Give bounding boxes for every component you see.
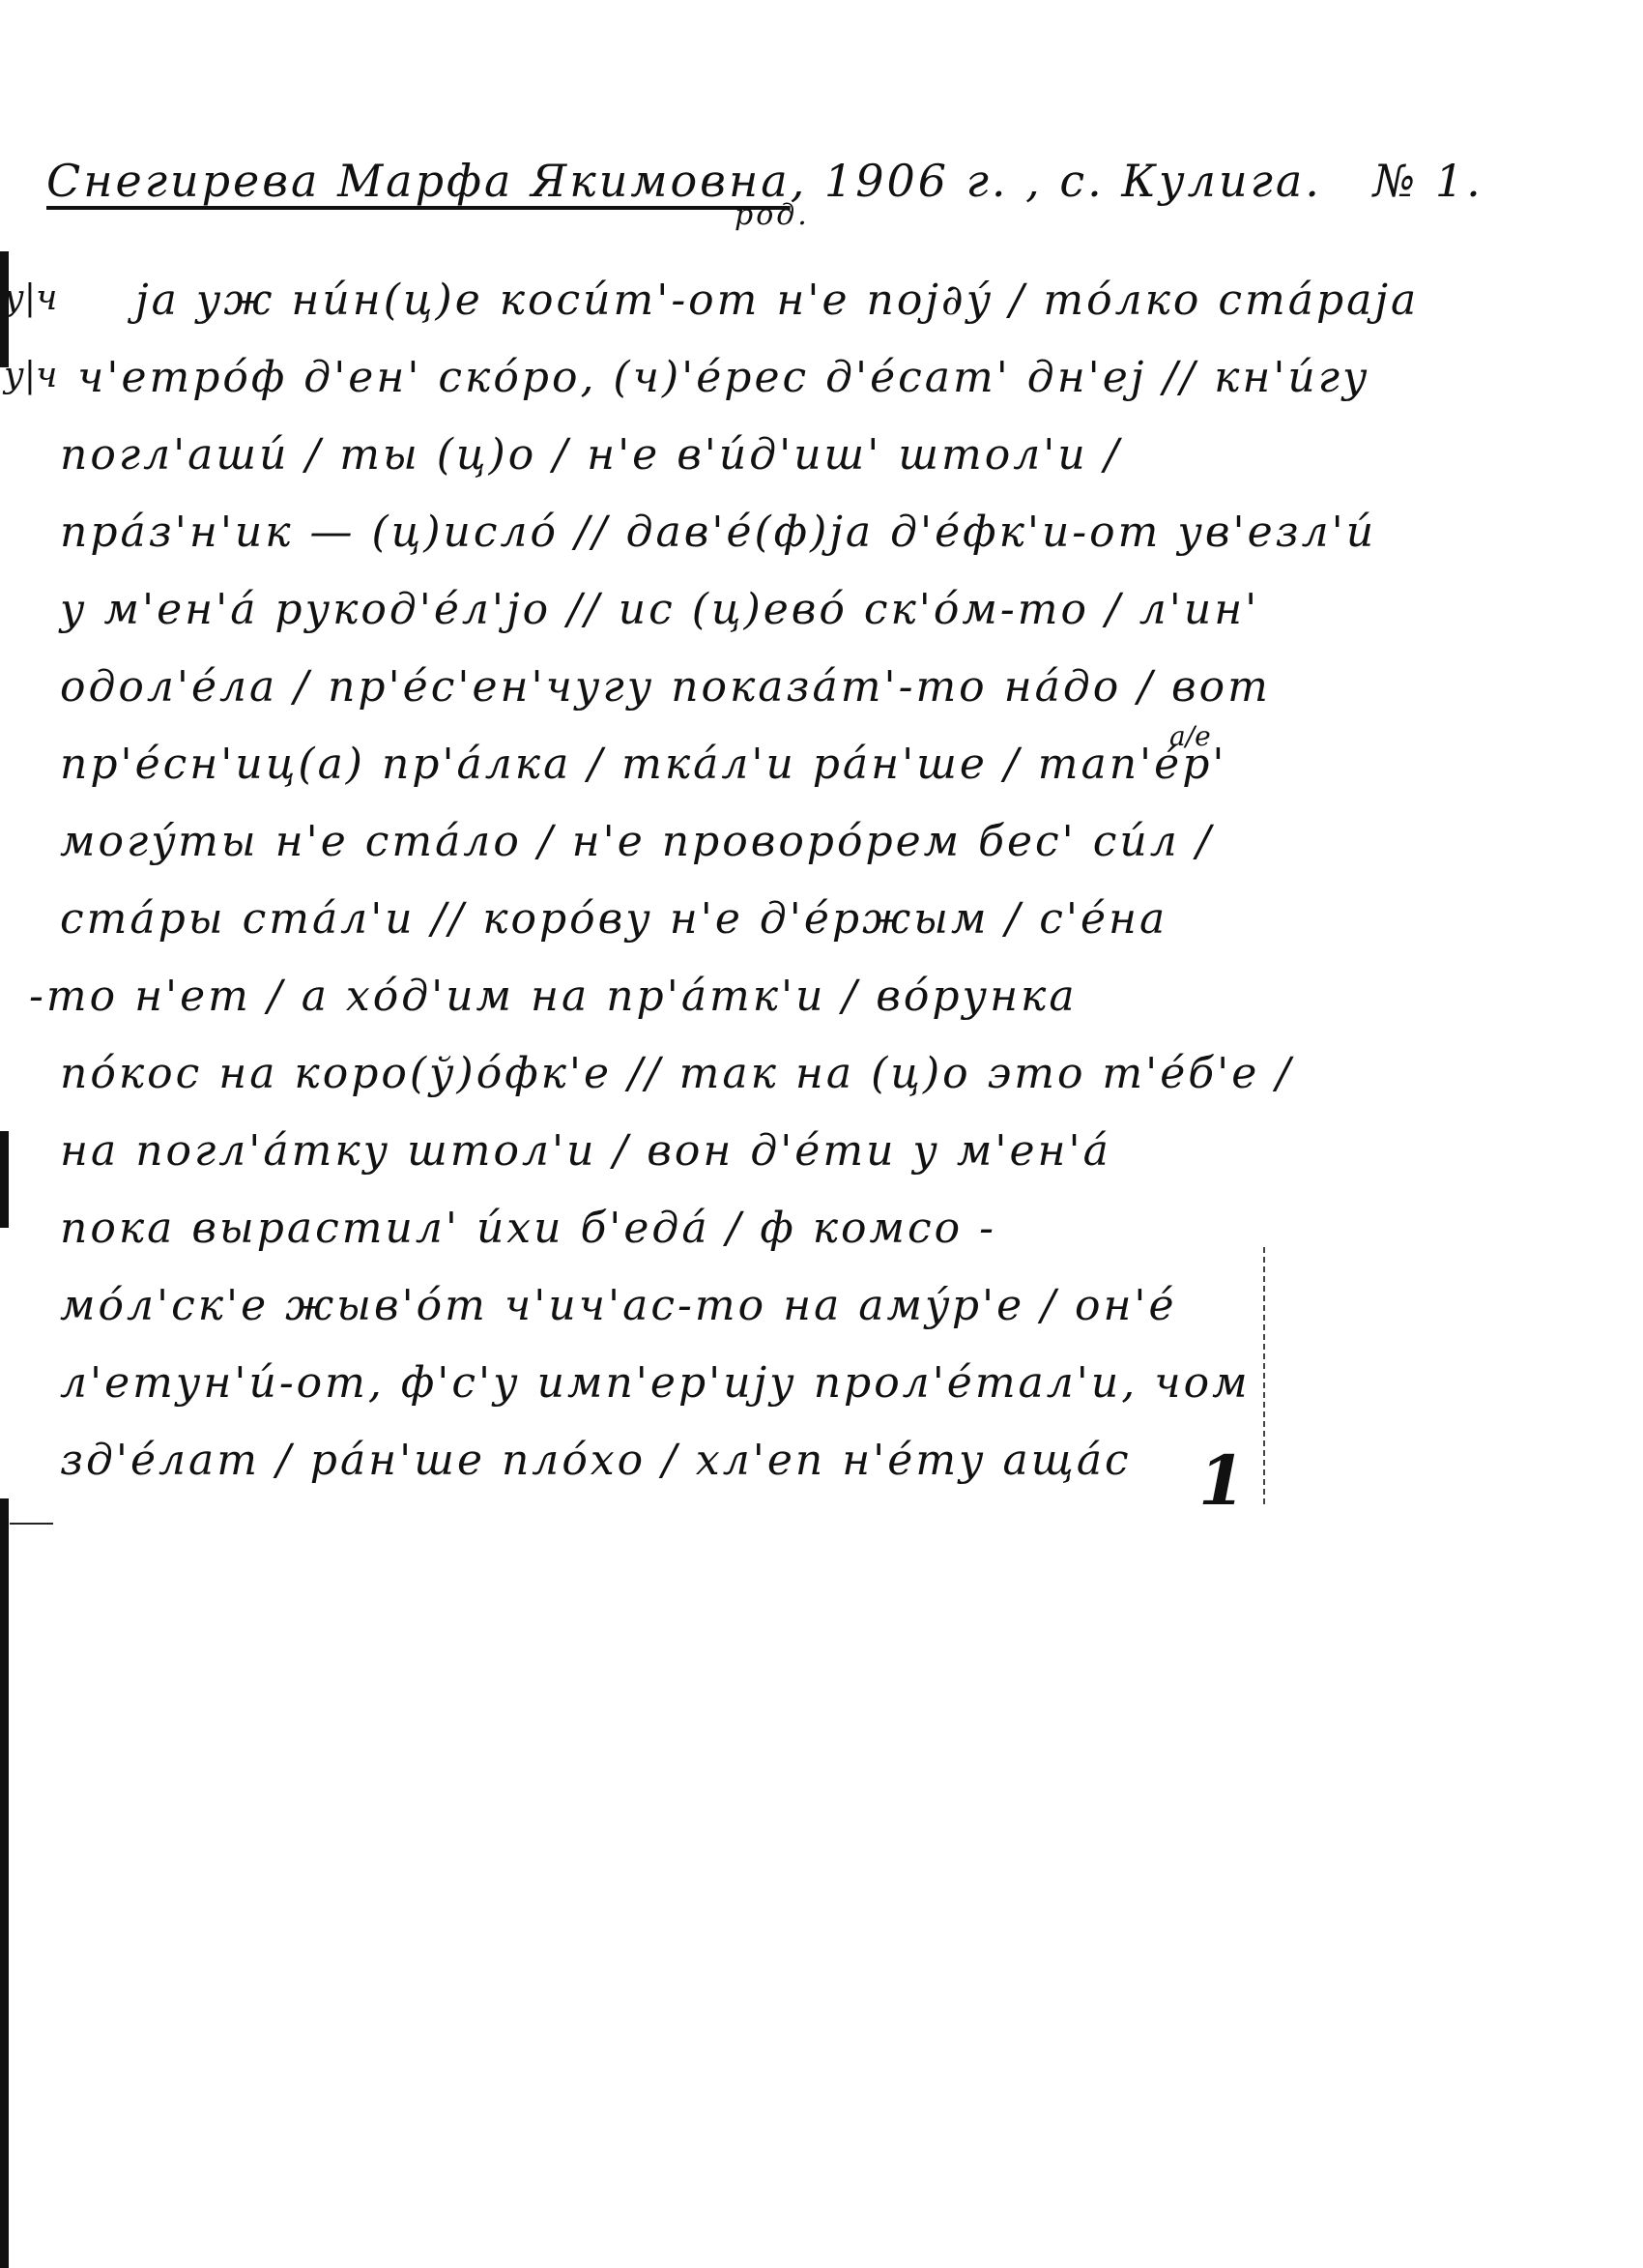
text-line-14: мóл'ск'е жыв'óт ч'ич'ас-то на амýр'е / о… (60, 1281, 1177, 1330)
text-line-7: пр'éсн'иц(а) пр'áлка / ткáл'и рáн'ше / т… (60, 740, 1226, 789)
scan-edge-mark-bottom (0, 1498, 9, 2268)
text-line-3: погл'ашú / ты (ц)о / н'е в'úд'иш' штол'и… (60, 430, 1121, 480)
text-line-8: могýты н'е стáло / н'е проворóрем бес' с… (60, 817, 1214, 866)
text-line-13: пока вырастил' úхи б'едá / ф комсо - (60, 1204, 996, 1253)
text-line-9: стáры стáл'и // корóву н'е д'éржым / с'é… (60, 894, 1167, 944)
village-name: , с. Кулига. (1025, 155, 1322, 207)
text-line-10: -то н'ет / а хóд'им на пр'áтк'и / вóрунк… (29, 972, 1078, 1021)
text-line-12: на погл'áтку штол'и / вон д'éти у м'ен'á (60, 1126, 1111, 1176)
right-margin-rule (1263, 1247, 1265, 1508)
text-line-15: л'етун'ú-от, ф'с'у имп'ер'иjу прол'éтал'… (60, 1358, 1251, 1408)
page-number: 1 (1198, 1440, 1246, 1521)
text-line-6: одол'éла / пр'éс'ен'чугу показáт'-то нáд… (60, 662, 1271, 712)
text-line-5: у м'ен'á рукод'éл'jо // ис (ц)евó ск'óм-… (60, 585, 1259, 634)
margin-mark-1: у|ч (4, 278, 57, 318)
birth-year-note: род. (735, 198, 810, 232)
text-line-4: прáз'н'ик — (ц)ислó // дав'é(ф)jа д'éфк'… (60, 508, 1376, 557)
text-line-2: ч'етрóф д'ен' скóро, (ч)'éрес д'éсат' дн… (77, 353, 1370, 402)
text-line-1: ja уж нúн(ц)е косúт'-от н'е пoj∂ý / тóлк… (135, 276, 1419, 325)
scan-edge-dash (10, 1523, 53, 1525)
margin-mark-2: у|ч (4, 356, 57, 395)
informant-name: Снегирева Марфа Якимовна (46, 155, 791, 207)
record-number: № 1. (1373, 155, 1484, 207)
scan-edge-mark-middle (0, 1131, 9, 1228)
text-line-11: пóкос на коро(ў)óфк'е // так на (ц)о это… (60, 1049, 1293, 1098)
scanned-page: Снегирева Марфа Якимовна, 1906 г. , с. К… (0, 0, 1643, 2268)
birth-year: , 1906 г. (791, 155, 1009, 207)
text-line-16: зд'éлат / рáн'ше плóхо / хл'еп н'éту aщá… (60, 1436, 1132, 1485)
